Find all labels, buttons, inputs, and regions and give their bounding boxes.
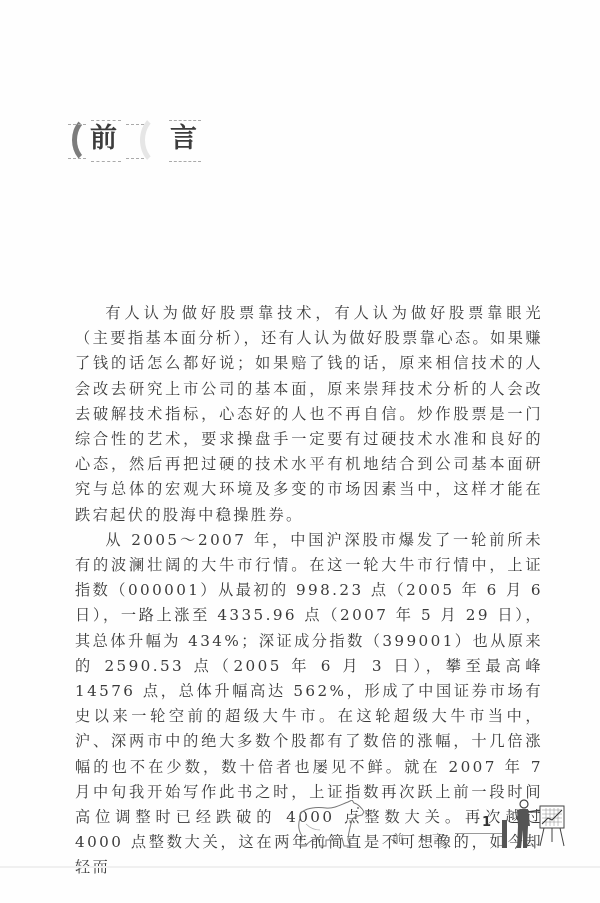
page-bottom-edge	[0, 866, 600, 868]
footer-rule-line	[455, 833, 507, 834]
title-dash-line	[169, 120, 201, 121]
paragraph: 有人认为做好股票靠技术，有人认为做好股票靠眼光（主要指基本面分析），还有人认为做…	[75, 301, 543, 528]
book-page: 前 言 有人认为做好股票靠技术，有人认为做好股票靠眼光（主要指基本面分析），还有…	[0, 0, 600, 903]
presenter-chart-icon	[512, 796, 572, 852]
page-number: 1	[482, 815, 491, 830]
footer-section-label: 前	[392, 830, 404, 847]
title-dash-line	[68, 124, 86, 125]
title-dash-line	[91, 161, 121, 162]
title-char-yan: 言	[170, 124, 197, 154]
title-char-qian: 前	[90, 124, 117, 154]
polar-bear-icon	[292, 800, 372, 850]
title-dash-line	[169, 161, 201, 162]
title-dash-line	[126, 158, 144, 159]
title-dash-line	[126, 124, 144, 125]
page-footer: 前 言 1	[290, 800, 565, 860]
footer-section-label: 言	[432, 830, 444, 847]
preface-body: 有人认为做好股票靠技术，有人认为做好股票靠眼光（主要指基本面分析），还有人认为做…	[75, 301, 543, 881]
title-dash-line	[91, 120, 121, 121]
chapter-title: 前 言	[68, 110, 218, 170]
title-dash-line	[68, 158, 86, 159]
footer-bar-decoration	[502, 820, 507, 848]
